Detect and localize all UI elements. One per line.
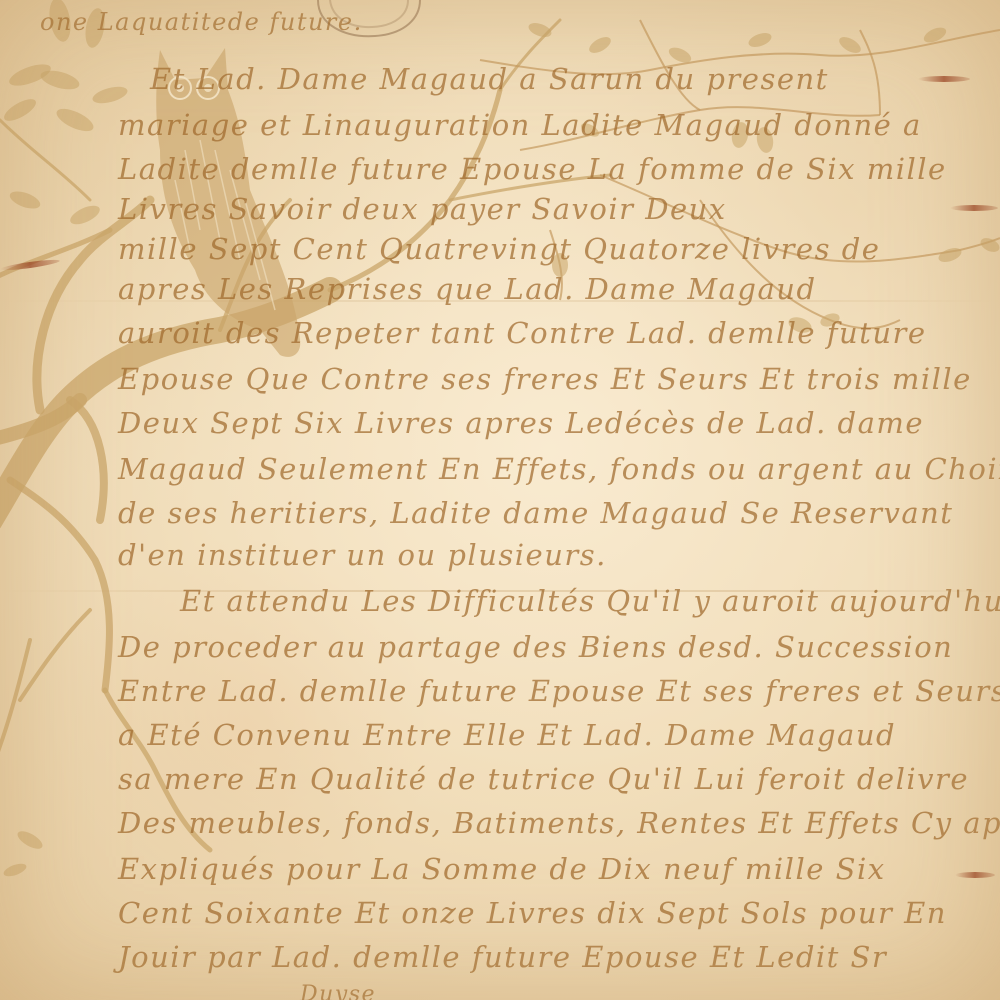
manuscript-line: de ses heritiers, Ladite dame Magaud Se … <box>118 496 953 530</box>
manuscript-line: a Eté Convenu Entre Elle Et Lad. Dame Ma… <box>118 718 896 752</box>
manuscript-line: Deux Sept Six Livres apres Ledécès de La… <box>118 406 924 440</box>
manuscript-line: Epouse Que Contre ses freres Et Seurs Et… <box>118 362 972 396</box>
manuscript-line: Duyse <box>300 982 376 1000</box>
manuscript-line: Cent Soixante Et onze Livres dix Sept So… <box>118 896 947 930</box>
manuscript-line: Magaud Seulement En Effets, fonds ou arg… <box>118 452 1000 486</box>
manuscript-line: auroit des Repeter tant Contre Lad. deml… <box>118 316 927 350</box>
manuscript-line: apres Les Reprises que Lad. Dame Magaud <box>118 272 817 306</box>
manuscript-line: Expliqués pour La Somme de Dix neuf mill… <box>118 852 886 886</box>
manuscript-line: Ladite demlle future Epouse La fomme de … <box>118 152 947 186</box>
manuscript-line: sa mere En Qualité de tutrice Qu'il Lui … <box>118 762 969 796</box>
manuscript-line: mille Sept Cent Quatrevingt Quatorze liv… <box>118 232 880 266</box>
manuscript-line: Livres Savoir deux payer Savoir Deux <box>118 192 727 226</box>
manuscript-line: mariage et Linauguration Ladite Magaud d… <box>118 108 922 142</box>
manuscript-line: d'en instituer un ou plusieurs. <box>118 538 607 572</box>
manuscript-line: Jouir par Lad. demlle future Epouse Et L… <box>118 940 887 974</box>
manuscript-line: one Laquatitede future. <box>40 8 363 36</box>
manuscript-line: Et Lad. Dame Magaud a Sarun du present <box>150 62 829 96</box>
manuscript-line: De proceder au partage des Biens desd. S… <box>118 630 953 664</box>
manuscript-line: Entre Lad. demlle future Epouse Et ses f… <box>118 674 1000 708</box>
manuscript-line: Des meubles, fonds, Batiments, Rentes Et… <box>118 806 1000 840</box>
manuscript-text: one Laquatitede future. Et Lad. Dame Mag… <box>0 0 1000 1000</box>
manuscript-line: Et attendu Les Difficultés Qu'il y auroi… <box>180 584 1000 618</box>
